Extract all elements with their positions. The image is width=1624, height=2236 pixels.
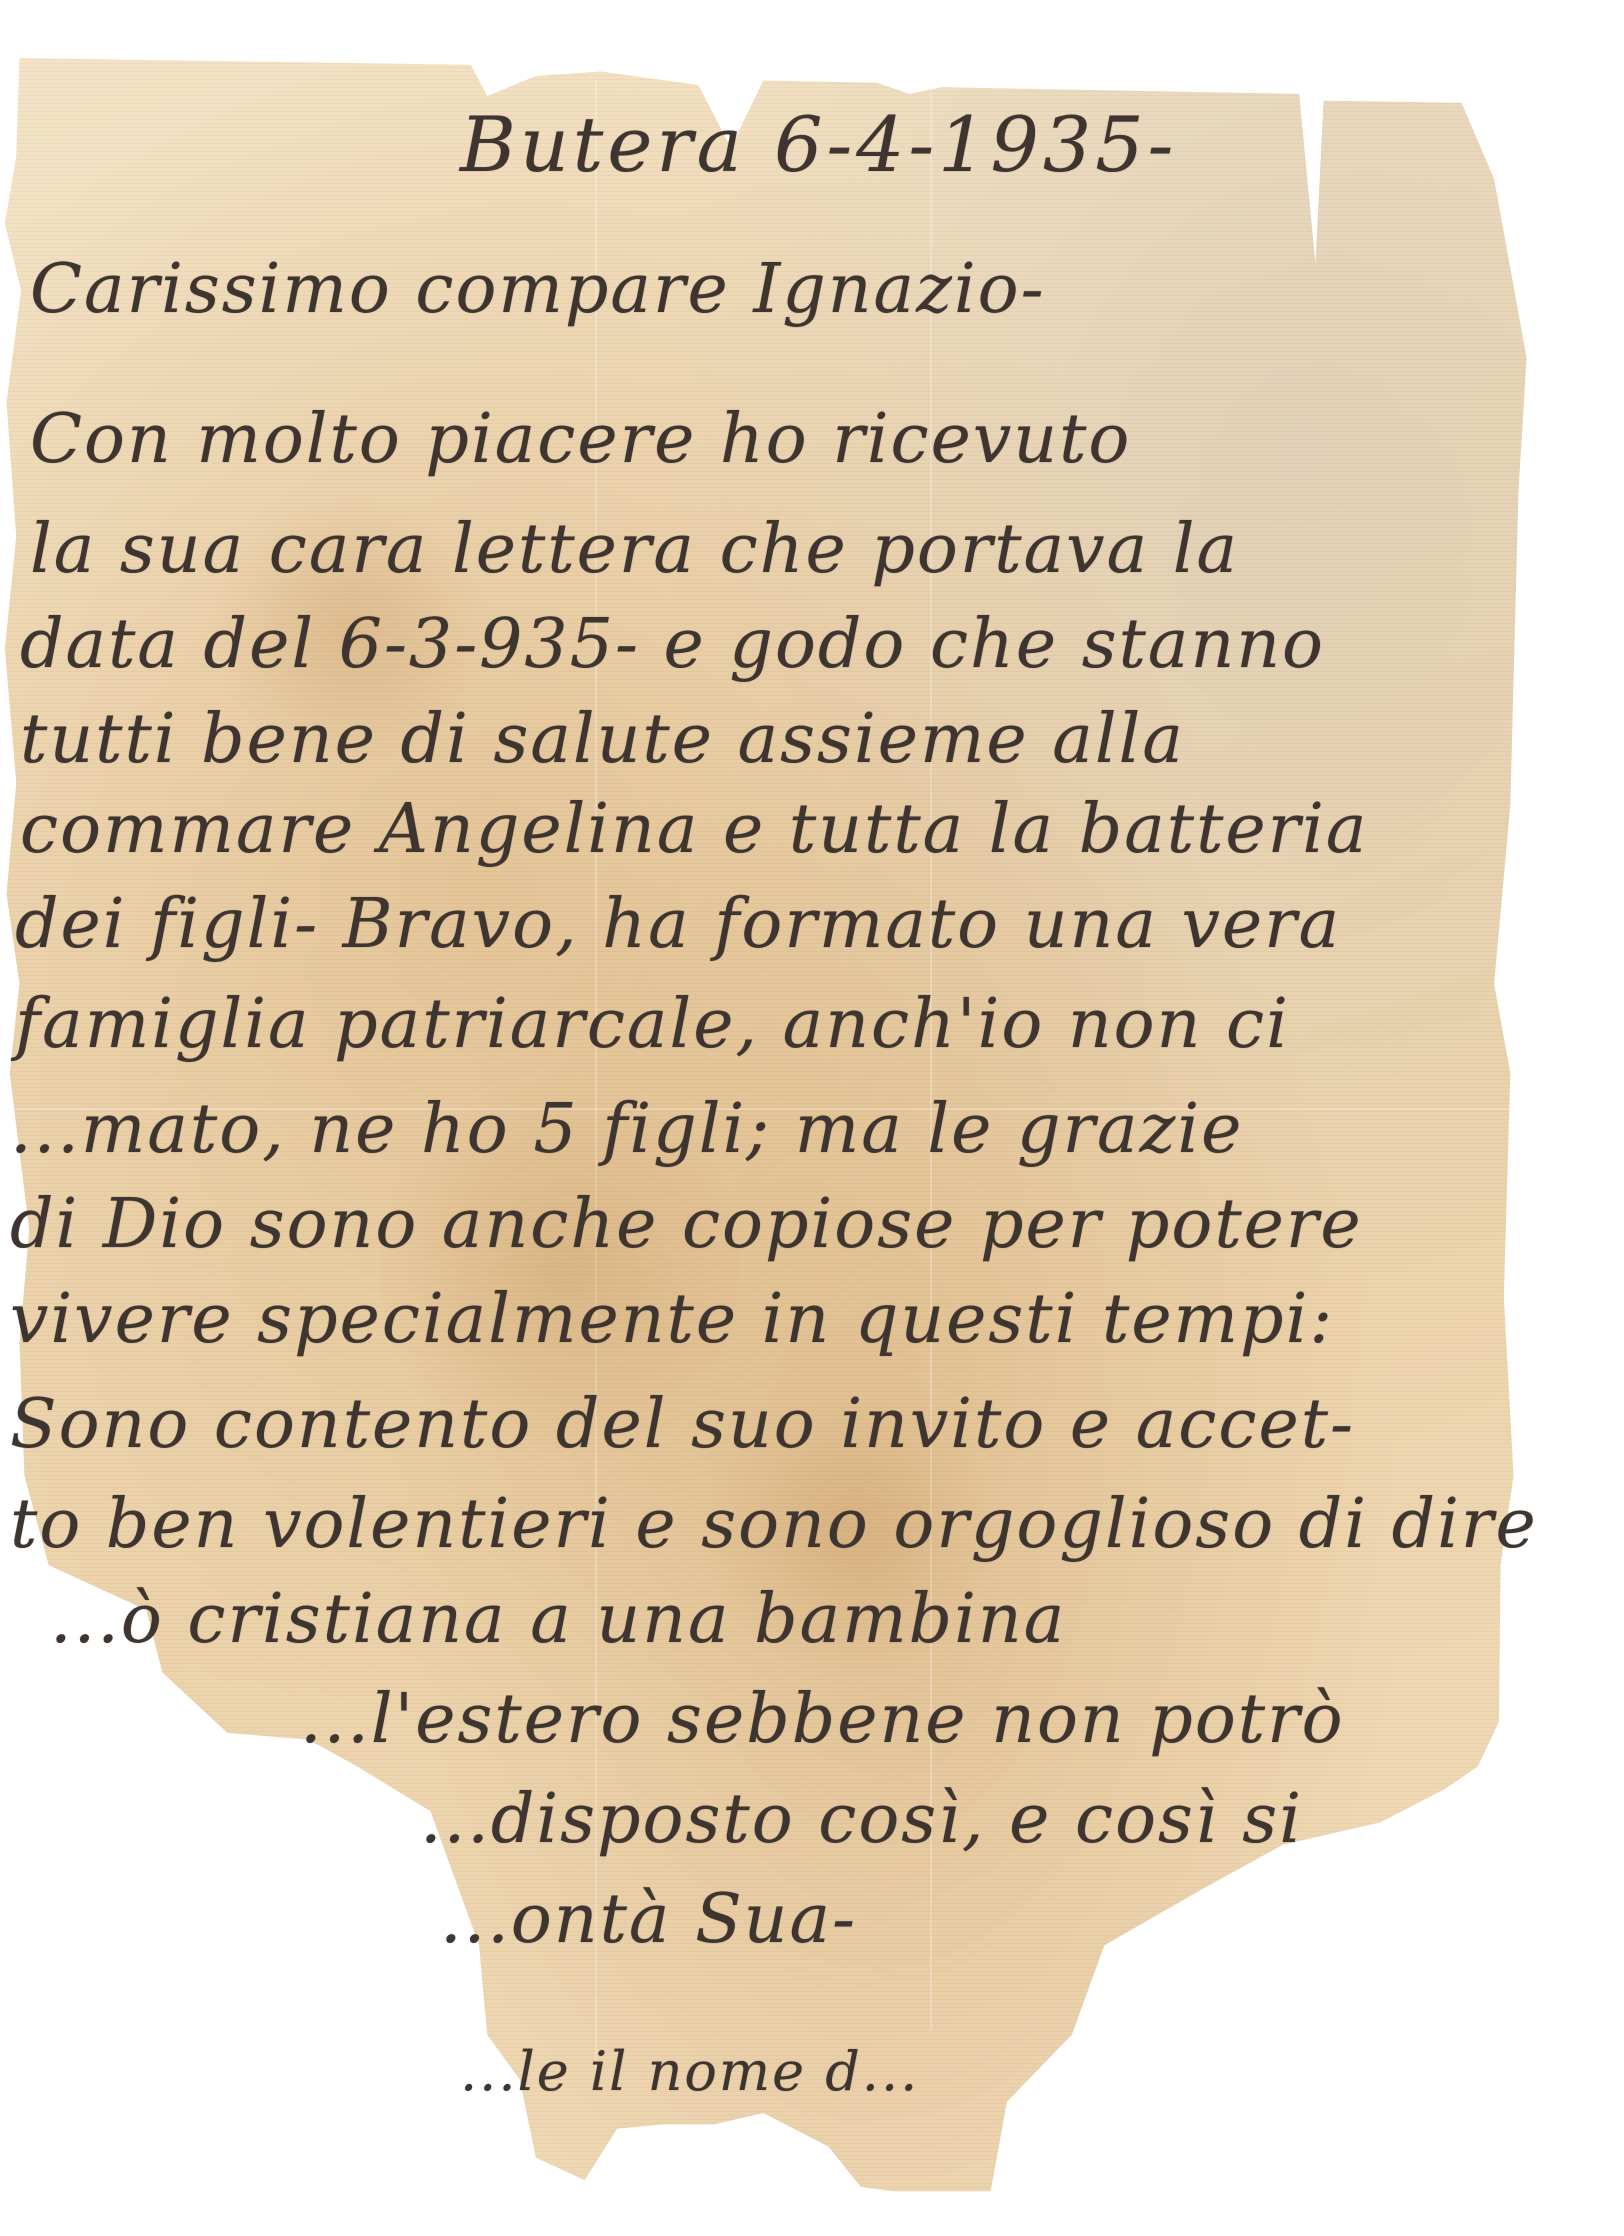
letter-line: commare Angelina e tutta la batteria — [20, 790, 1368, 869]
letter-line: dei figli- Bravo, ha formato una vera — [15, 885, 1341, 964]
letter-place-date: Butera 6-4-1935- — [460, 100, 1177, 189]
letter-line: ...ò cristiana a una bambina — [50, 1580, 1066, 1659]
letter-line: ...ontà Sua- — [440, 1880, 857, 1959]
letter-line: ...mato, ne ho 5 figli; ma le grazie — [10, 1090, 1243, 1169]
letter-line: Con molto piacere ho ricevuto — [30, 400, 1131, 479]
letter-line: famiglia patriarcale, anch'io non ci — [15, 985, 1290, 1064]
letter-line: Sono contento del suo invito e accet- — [10, 1385, 1355, 1464]
letter-line: ...disposto così, e così si — [420, 1780, 1303, 1859]
letter-line: di Dio sono anche copiose per potere — [10, 1185, 1363, 1264]
letter-line: ...l'estero sebbene non potrò — [300, 1680, 1345, 1759]
letter-line: tutti bene di salute assieme alla — [20, 700, 1185, 779]
letter-line: to ben volentieri e sono orgoglioso di d… — [10, 1485, 1538, 1564]
letter-line: data del 6-3-935- e godo che stanno — [20, 605, 1325, 684]
letter-salutation: Carissimo compare Ignazio- — [30, 250, 1046, 329]
letter-line: ...le il nome d... — [460, 2040, 919, 2103]
letter-line: la sua cara lettera che portava la — [30, 510, 1239, 589]
letter-line: vivere specialmente in questi tempi: — [10, 1280, 1334, 1359]
